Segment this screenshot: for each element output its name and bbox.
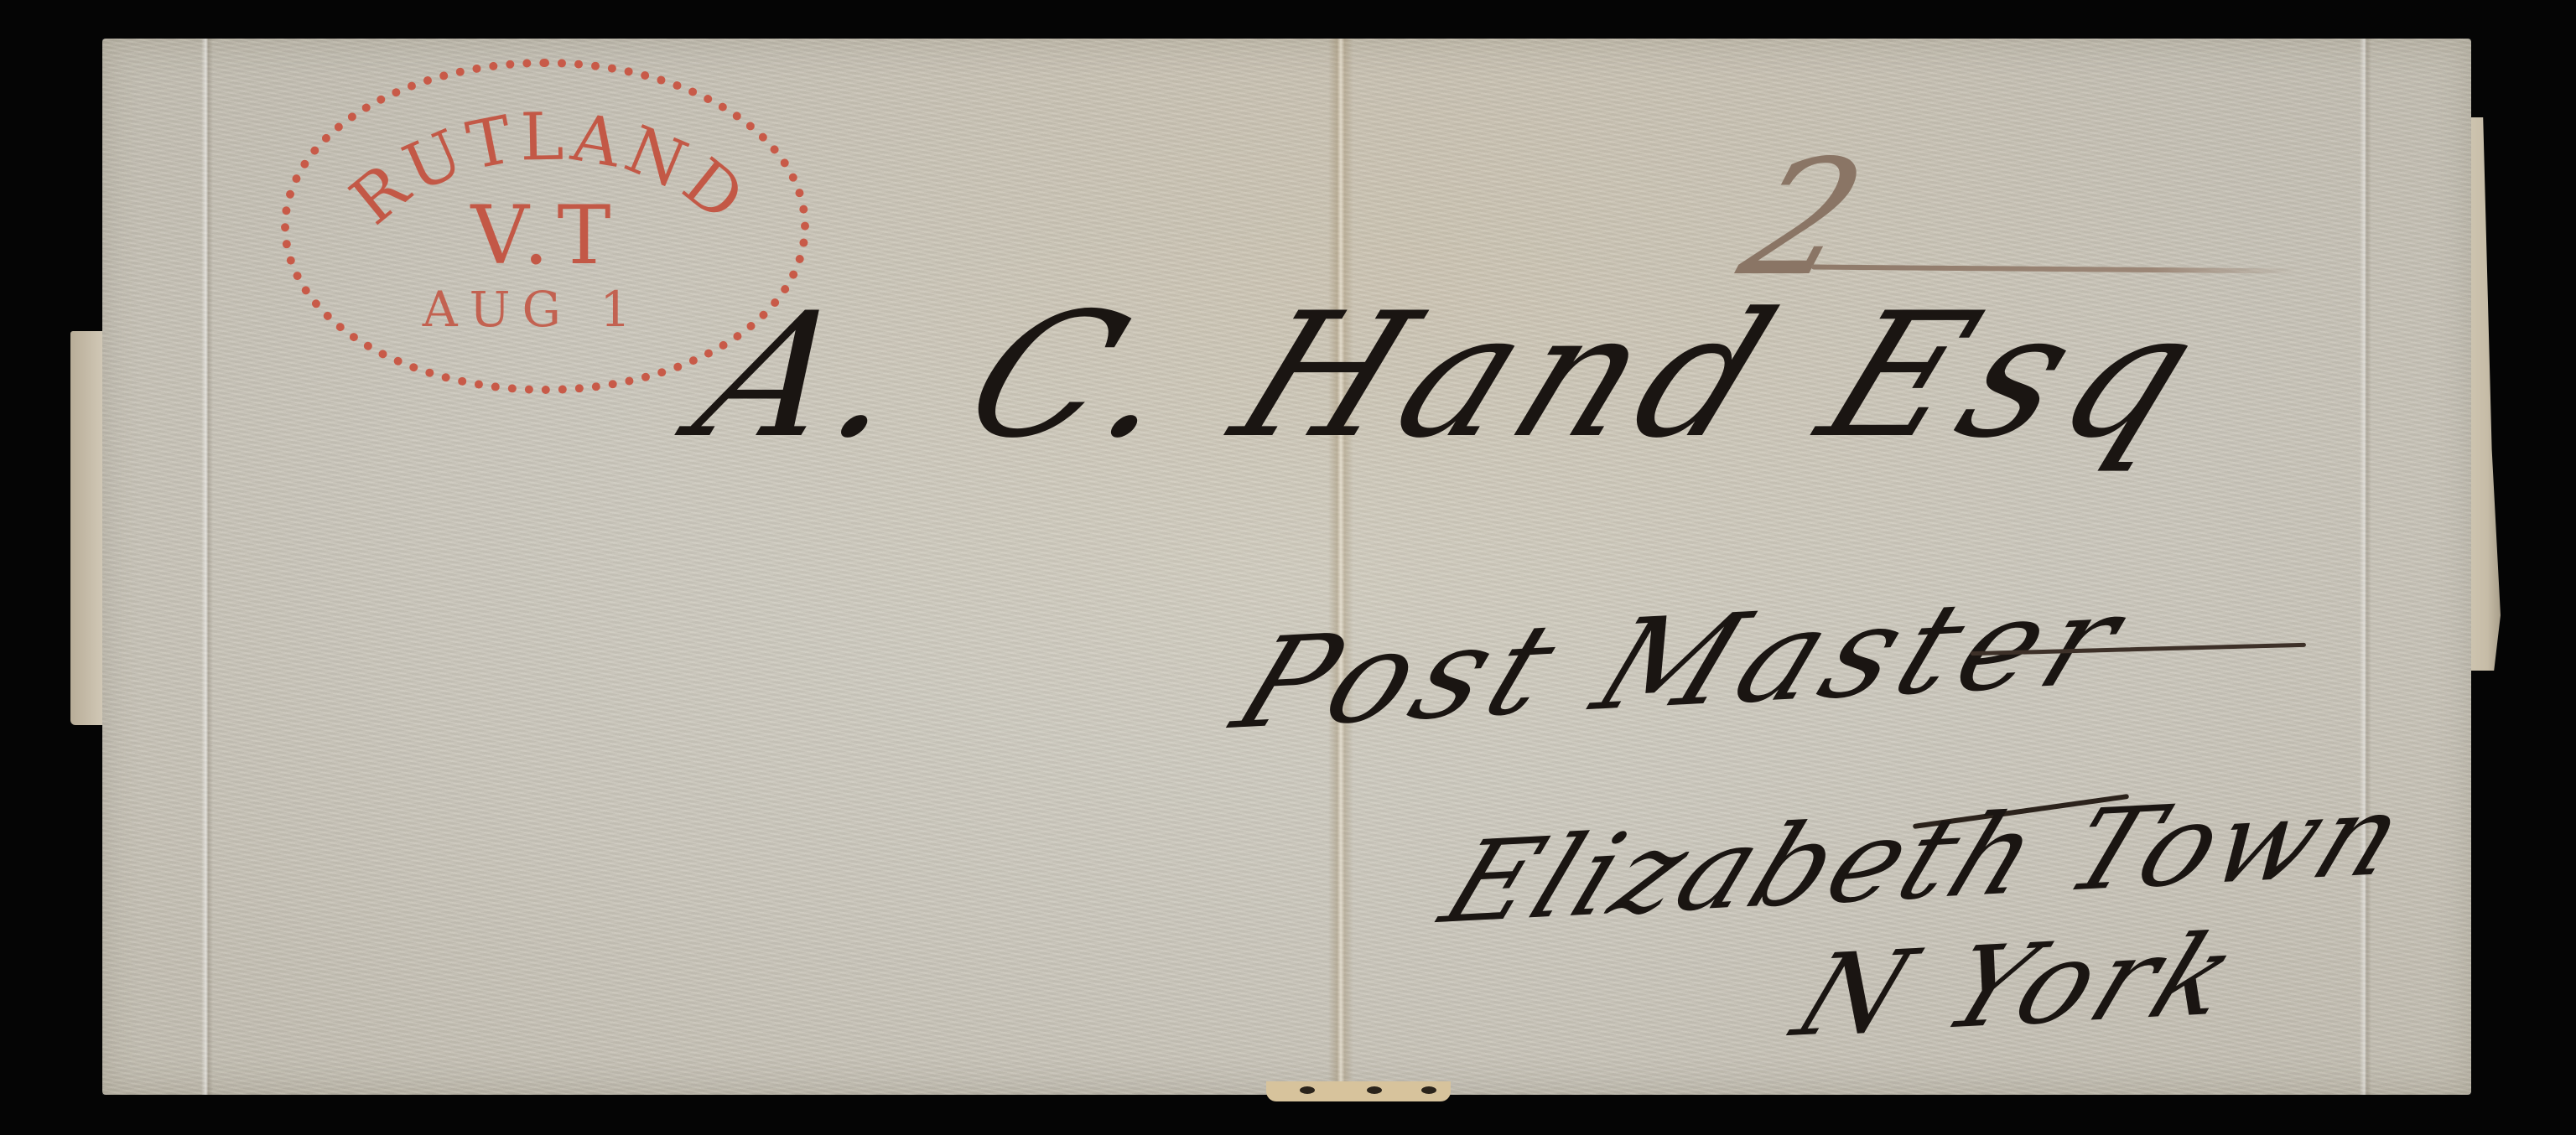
seal-remnant — [1266, 1081, 1451, 1101]
seal-spot — [1367, 1086, 1382, 1094]
fold-crease-right — [2360, 39, 2371, 1095]
fold-crease-left — [201, 39, 213, 1095]
fold-crease-center — [1328, 39, 1353, 1095]
address-state: N York — [1778, 909, 2260, 1062]
seal-spot — [1421, 1086, 1436, 1094]
addressee-name: A. C. Hand Esq — [671, 277, 2236, 476]
seal-spot — [1300, 1086, 1315, 1094]
postmark-state: V.T — [289, 189, 801, 282]
postmark-date: AUG 1 — [289, 281, 776, 338]
